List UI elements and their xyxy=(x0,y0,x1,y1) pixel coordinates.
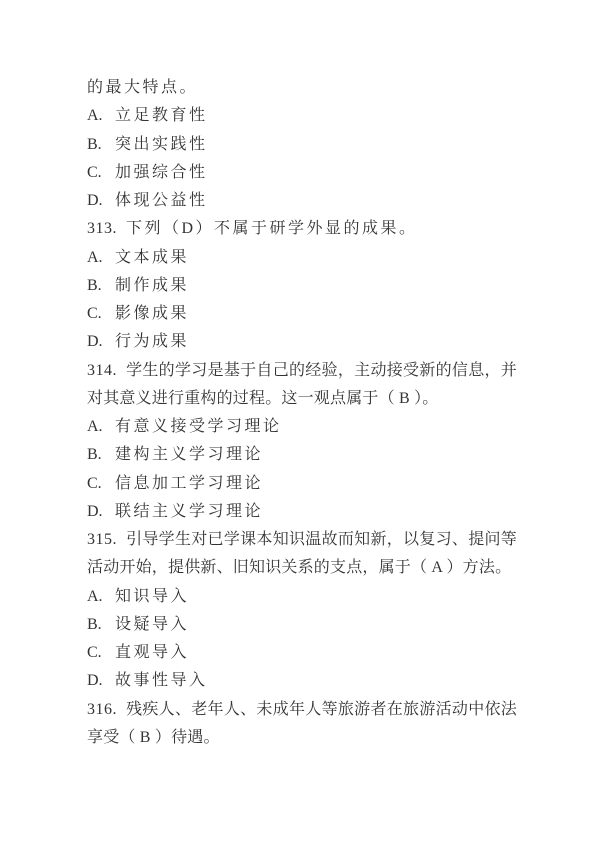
option-row: A.立足教育性 xyxy=(87,102,517,130)
option-letter: A. xyxy=(87,583,106,611)
question-list: 的最大特点。 A.立足教育性 B.突出实践性 C.加强综合性 D.体现公益性 3… xyxy=(87,74,517,752)
scanned-exam-page: 的最大特点。 A.立足教育性 B.突出实践性 C.加强综合性 D.体现公益性 3… xyxy=(0,0,600,849)
option-text: 制作成果 xyxy=(115,277,189,294)
option-row: D.行为成果 xyxy=(87,328,517,356)
option-letter: C. xyxy=(87,159,106,187)
question-stem-text: 残疾人、老年人、未成年人等旅游者在旅游活动中依法 xyxy=(126,701,517,718)
option-text: 故事性导入 xyxy=(115,672,208,689)
option-text: 直观导入 xyxy=(115,644,189,661)
option-letter: D. xyxy=(87,328,106,356)
option-letter: C. xyxy=(87,300,106,328)
option-letter: A. xyxy=(87,413,106,441)
option-text: 突出实践性 xyxy=(115,136,208,153)
question-stem-line: 314.学生的学习是基于自己的经验，主动接受新的信息，并 xyxy=(87,357,517,385)
option-row: D.故事性导入 xyxy=(87,667,517,695)
question-stem-line: 的最大特点。 xyxy=(87,74,517,102)
option-text: 建构主义学习理论 xyxy=(115,446,263,463)
option-letter: B. xyxy=(87,441,106,469)
option-text: 设疑导入 xyxy=(115,616,189,633)
option-letter: B. xyxy=(87,272,106,300)
option-row: D.联结主义学习理论 xyxy=(87,498,517,526)
question-314: 314.学生的学习是基于自己的经验，主动接受新的信息，并 对其意义进行重构的过程… xyxy=(87,357,517,527)
option-letter: D. xyxy=(87,667,106,695)
option-text: 信息加工学习理论 xyxy=(115,475,263,492)
option-row: A.文本成果 xyxy=(87,244,517,272)
option-row: A.有意义接受学习理论 xyxy=(87,413,517,441)
question-stem-text: 学生的学习是基于自己的经验，主动接受新的信息，并 xyxy=(126,362,517,379)
question-stem-text: 引导学生对已学课本知识温故而知新，以复习、提问等 xyxy=(126,531,517,548)
option-row: B.建构主义学习理论 xyxy=(87,441,517,469)
option-text: 影像成果 xyxy=(115,305,189,322)
option-letter: A. xyxy=(87,102,106,130)
option-letter: A. xyxy=(87,244,106,272)
question-316: 316.残疾人、老年人、未成年人等旅游者在旅游活动中依法 享受（ B ）待遇。 xyxy=(87,696,517,753)
option-letter: C. xyxy=(87,470,106,498)
option-text: 联结主义学习理论 xyxy=(115,503,263,520)
option-letter: B. xyxy=(87,611,106,639)
question-stem-line: 313.下列（D）不属于研学外显的成果。 xyxy=(87,215,517,243)
question-315: 315.引导学生对已学课本知识温故而知新，以复习、提问等 活动开始，提供新、旧知… xyxy=(87,526,517,696)
option-text: 有意义接受学习理论 xyxy=(115,418,282,435)
option-letter: D. xyxy=(87,498,106,526)
question-stem-line: 活动开始，提供新、旧知识关系的支点，属于（ A ）方法。 xyxy=(87,554,517,582)
option-text: 行为成果 xyxy=(115,333,189,350)
question-number: 314. xyxy=(87,357,117,385)
option-text: 体现公益性 xyxy=(115,192,208,209)
question-stem-line: 对其意义进行重构的过程。这一观点属于（ B ）。 xyxy=(87,385,517,413)
option-row: C.影像成果 xyxy=(87,300,517,328)
option-letter: D. xyxy=(87,187,106,215)
question-312-partial: 的最大特点。 A.立足教育性 B.突出实践性 C.加强综合性 D.体现公益性 xyxy=(87,74,517,215)
question-number: 313. xyxy=(87,215,117,243)
question-number: 315. xyxy=(87,526,117,554)
option-row: C.信息加工学习理论 xyxy=(87,470,517,498)
option-row: C.加强综合性 xyxy=(87,159,517,187)
question-number: 316. xyxy=(87,696,117,724)
option-row: B.制作成果 xyxy=(87,272,517,300)
option-letter: C. xyxy=(87,639,106,667)
option-row: C.直观导入 xyxy=(87,639,517,667)
option-text: 文本成果 xyxy=(115,249,189,266)
question-stem-line: 315.引导学生对已学课本知识温故而知新，以复习、提问等 xyxy=(87,526,517,554)
option-row: B.突出实践性 xyxy=(87,131,517,159)
question-313: 313.下列（D）不属于研学外显的成果。 A.文本成果 B.制作成果 C.影像成… xyxy=(87,215,517,356)
option-text: 立足教育性 xyxy=(115,107,208,124)
option-letter: B. xyxy=(87,131,106,159)
question-stem-text: 下列（D）不属于研学外显的成果。 xyxy=(126,220,418,237)
option-row: B.设疑导入 xyxy=(87,611,517,639)
option-row: A.知识导入 xyxy=(87,583,517,611)
option-text: 加强综合性 xyxy=(115,164,208,181)
question-stem-line: 316.残疾人、老年人、未成年人等旅游者在旅游活动中依法 xyxy=(87,696,517,724)
option-row: D.体现公益性 xyxy=(87,187,517,215)
option-text: 知识导入 xyxy=(115,588,189,605)
question-stem-line: 享受（ B ）待遇。 xyxy=(87,724,517,752)
